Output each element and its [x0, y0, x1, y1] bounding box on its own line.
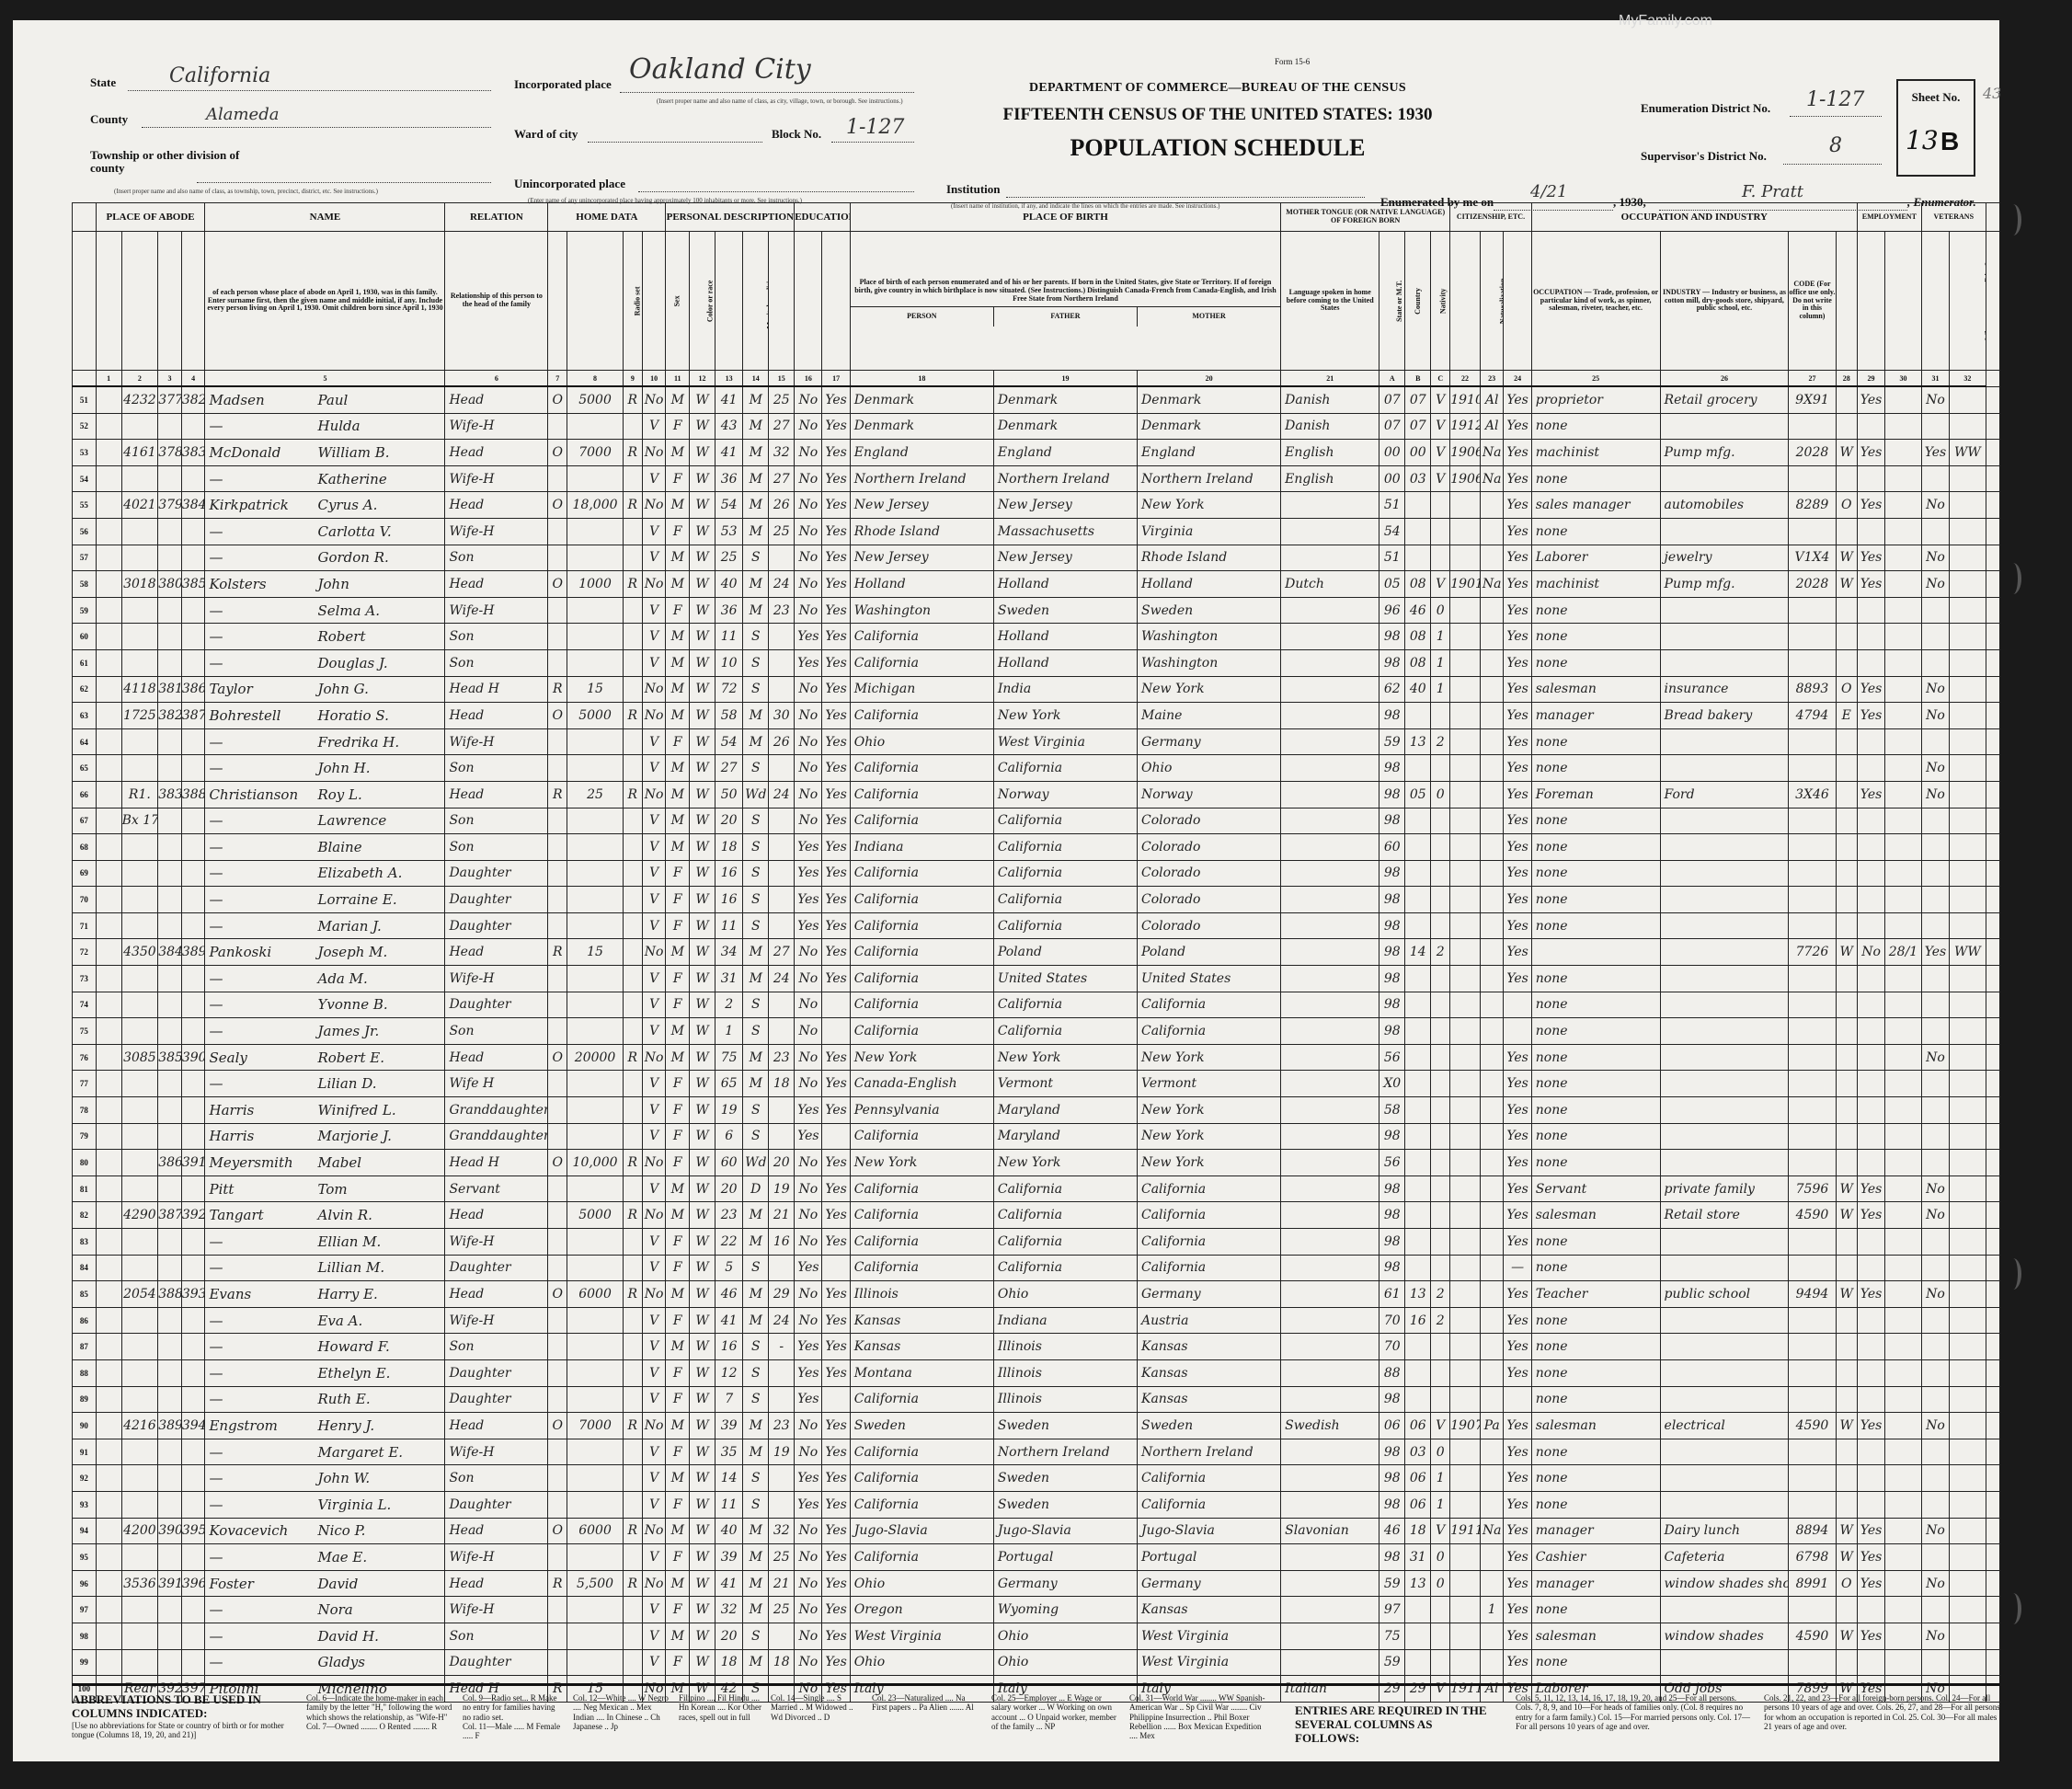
- home-value: 18,000: [567, 492, 624, 519]
- family-number: 394: [181, 1413, 205, 1439]
- street-cell: [96, 808, 121, 834]
- at-work: [1857, 1465, 1884, 1492]
- birthplace-father: California: [993, 860, 1137, 887]
- mother-tongue: [1281, 1018, 1379, 1045]
- relation-cell: Daughter: [445, 1491, 548, 1518]
- speaks-english: Yes: [1504, 545, 1531, 571]
- col9-note: Col. 9—Radio set... R Make no entry for …: [463, 1693, 557, 1722]
- marital-condition: S: [743, 887, 769, 913]
- owned-rented: [548, 1359, 567, 1386]
- marital-condition: M: [743, 1281, 769, 1308]
- family-number: 388: [181, 781, 205, 808]
- naturalization: [1480, 728, 1504, 755]
- sex-cell: F: [666, 1649, 690, 1676]
- code-b: 07: [1405, 386, 1431, 413]
- naturalization: Na: [1480, 465, 1504, 492]
- color-race: W: [690, 1413, 715, 1439]
- binding-hole: [2005, 1593, 2021, 1624]
- code-a: 98: [1379, 992, 1405, 1018]
- age-cell: 36: [715, 597, 743, 624]
- veteran: No: [1921, 571, 1949, 598]
- line-number: 85: [73, 1281, 97, 1308]
- radio-set: [623, 966, 642, 992]
- hdr-age-married: Age at first marriage: [769, 232, 795, 371]
- worker-class: [1836, 860, 1857, 887]
- group-place-of-abode: PLACE OF ABODE: [96, 203, 205, 232]
- code-b: [1405, 834, 1431, 861]
- worker-class: [1836, 624, 1857, 650]
- birthplace-father: Holland: [993, 624, 1137, 650]
- code-b: 46: [1405, 597, 1431, 624]
- radio-set: R: [623, 571, 642, 598]
- farm-flag: V: [642, 912, 666, 939]
- sex-cell: M: [666, 676, 690, 703]
- line-number: 80: [73, 1150, 97, 1176]
- sheet-letter: B: [1940, 127, 1959, 156]
- occupation: none: [1531, 1597, 1660, 1623]
- farm-flag: V: [642, 1386, 666, 1413]
- marital-condition: M: [743, 571, 769, 598]
- veteran: [1921, 887, 1949, 913]
- unemployment-line: [1885, 597, 1922, 624]
- house-number: [121, 545, 158, 571]
- column-number: 18: [850, 371, 993, 387]
- given-name: Cyrus A.: [317, 497, 377, 513]
- at-work: Yes: [1857, 676, 1884, 703]
- occupation-code: 6798: [1789, 1544, 1836, 1571]
- column-number: B: [1405, 371, 1431, 387]
- code-a: 98: [1379, 887, 1405, 913]
- speaks-english: Yes: [1504, 1281, 1531, 1308]
- owned-rented: [548, 1229, 567, 1256]
- read-write: [822, 1018, 850, 1045]
- birthplace-mother: Jugo-Slavia: [1138, 1518, 1281, 1544]
- marital-condition: M: [743, 1413, 769, 1439]
- industry: [1660, 834, 1789, 861]
- industry: [1660, 1386, 1789, 1413]
- worker-class: [1836, 887, 1857, 913]
- sex-cell: F: [666, 1597, 690, 1623]
- marital-condition: S: [743, 649, 769, 676]
- code-c: [1431, 808, 1450, 834]
- dwelling-number: [158, 1334, 182, 1360]
- owned-rented: R: [548, 1570, 567, 1597]
- birthplace-mother: Maine: [1138, 703, 1281, 729]
- speaks-english: Yes: [1504, 755, 1531, 782]
- family-number: [181, 649, 205, 676]
- immigration-year: [1450, 781, 1481, 808]
- at-work: Yes: [1857, 703, 1884, 729]
- home-value: [567, 1386, 624, 1413]
- war: [1950, 1071, 1986, 1097]
- marital-condition: S: [743, 1255, 769, 1281]
- birthplace-mother: Kansas: [1138, 1597, 1281, 1623]
- birthplace-mother: New York: [1138, 1044, 1281, 1071]
- incorporated-note: (Insert proper name and also name of cla…: [657, 97, 903, 105]
- dwelling-number: [158, 1255, 182, 1281]
- color-race: W: [690, 1202, 715, 1229]
- birthplace-mother: Colorado: [1138, 808, 1281, 834]
- marital-condition: M: [743, 1439, 769, 1465]
- speaks-english: Yes: [1504, 1229, 1531, 1256]
- birthplace-father: Sweden: [993, 1465, 1137, 1492]
- birthplace-mother: Kansas: [1138, 1386, 1281, 1413]
- worker-class: [1836, 465, 1857, 492]
- war: [1950, 492, 1986, 519]
- house-number: [121, 1386, 158, 1413]
- name-cell: PankoskiJoseph M.: [205, 939, 445, 966]
- at-work: [1857, 1597, 1884, 1623]
- house-number: [121, 597, 158, 624]
- given-name: John W.: [317, 1470, 370, 1486]
- industry: [1660, 1150, 1789, 1176]
- dwelling-number: [158, 1123, 182, 1150]
- house-number: [121, 1334, 158, 1360]
- radio-set: R: [623, 781, 642, 808]
- hdr-house: House number (in cities or towns): [121, 232, 158, 371]
- hdr-sex: Sex: [666, 232, 690, 371]
- marital-condition: M: [743, 1649, 769, 1676]
- relation-cell: Daughter: [445, 1649, 548, 1676]
- table-row: 763085385390SealyRobert E.HeadO20000RNoM…: [73, 1044, 2012, 1071]
- at-work: [1857, 860, 1884, 887]
- name-cell: —David H.: [205, 1623, 445, 1649]
- house-number: [121, 1465, 158, 1492]
- name-cell: —John W.: [205, 1465, 445, 1492]
- name-cell: KolstersJohn: [205, 571, 445, 598]
- occupation-code: 4590: [1789, 1413, 1836, 1439]
- read-write: Yes: [822, 755, 850, 782]
- house-number: [121, 1307, 158, 1334]
- birthplace-person: New York: [850, 1150, 993, 1176]
- immigration-year: [1450, 1491, 1481, 1518]
- naturalization: [1480, 1307, 1504, 1334]
- war: [1950, 1413, 1986, 1439]
- occupation-code: [1789, 1307, 1836, 1334]
- school-attended: No: [795, 465, 822, 492]
- code-b: [1405, 1018, 1431, 1045]
- age-cell: 54: [715, 728, 743, 755]
- sex-cell: M: [666, 781, 690, 808]
- owned-rented: O: [548, 492, 567, 519]
- relation-cell: Granddaughter: [445, 1097, 548, 1124]
- column-number: 19: [993, 371, 1137, 387]
- group-personal-description: PERSONAL DESCRIPTION: [666, 203, 795, 232]
- sex-cell: M: [666, 834, 690, 861]
- occupation-code: 9494: [1789, 1281, 1836, 1308]
- relation-cell: Wife-H: [445, 1544, 548, 1571]
- age-cell: 40: [715, 571, 743, 598]
- form-number: Form 15-6: [1275, 57, 1310, 66]
- at-work: [1857, 1491, 1884, 1518]
- owned-rented: O: [548, 571, 567, 598]
- home-value: [567, 465, 624, 492]
- at-work: [1857, 1439, 1884, 1465]
- hdr-dwelling: Number of dwelling house in order of vis…: [158, 232, 182, 371]
- incorporated-label: Incorporated place: [514, 77, 612, 92]
- home-value: [567, 887, 624, 913]
- color-race: W: [690, 413, 715, 440]
- hdr-at-work: Whether actually at work yesterday — Yes…: [1857, 232, 1884, 371]
- at-work: Yes: [1857, 545, 1884, 571]
- column-number-row: 123456789101112131415161718192021ABC2223…: [73, 371, 2012, 387]
- read-write: Yes: [822, 1413, 850, 1439]
- birthplace-father: Ohio: [993, 1623, 1137, 1649]
- veteran: No: [1921, 676, 1949, 703]
- street-cell: [96, 887, 121, 913]
- mother-tongue: [1281, 728, 1379, 755]
- farm-flag: V: [642, 1071, 666, 1097]
- code-c: 2: [1431, 1281, 1450, 1308]
- sex-cell: M: [666, 1570, 690, 1597]
- occupation-code: [1789, 1123, 1836, 1150]
- school-attended: Yes: [795, 1123, 822, 1150]
- naturalization: [1480, 492, 1504, 519]
- house-number: [121, 518, 158, 545]
- line-number: 93: [73, 1491, 97, 1518]
- birthplace-father: California: [993, 912, 1137, 939]
- color-race: W: [690, 1386, 715, 1413]
- col12b-note: Filipino .... Fil Hindu .... Hn Korean .…: [679, 1693, 761, 1722]
- street-cell: [96, 545, 121, 571]
- birthplace-mother: California: [1138, 1018, 1281, 1045]
- name-cell: EvansHarry E.: [205, 1281, 445, 1308]
- school-attended: No: [795, 386, 822, 413]
- veteran: [1921, 1229, 1949, 1256]
- industry: [1660, 1597, 1789, 1623]
- radio-set: [623, 1544, 642, 1571]
- ward-line: [588, 142, 762, 143]
- naturalization: [1480, 1175, 1504, 1202]
- group-home-data: HOME DATA: [548, 203, 666, 232]
- birthplace-person: New Jersey: [850, 492, 993, 519]
- marital-condition: M: [743, 440, 769, 466]
- abbrev-block: ABBREVIATIONS TO BE USED IN COLUMNS INDI…: [72, 1693, 302, 1740]
- given-name: Katherine: [317, 471, 386, 487]
- unemployment-line: [1885, 413, 1922, 440]
- birthplace-person: California: [850, 912, 993, 939]
- home-value: [567, 728, 624, 755]
- age-first-marriage: [769, 808, 795, 834]
- dwelling-number: 391: [158, 1570, 182, 1597]
- mother-tongue: [1281, 1597, 1379, 1623]
- industry: [1660, 912, 1789, 939]
- street-cell: [96, 597, 121, 624]
- occupation: none: [1531, 912, 1660, 939]
- county-value: Alameda: [206, 105, 279, 124]
- code-a: 98: [1379, 1018, 1405, 1045]
- occupation-code: 8991: [1789, 1570, 1836, 1597]
- age-first-marriage: [769, 624, 795, 650]
- enum-district-label: Enumeration District No.: [1641, 101, 1770, 116]
- street-cell: [96, 413, 121, 440]
- home-value: [567, 597, 624, 624]
- veteran: [1921, 1649, 1949, 1676]
- read-write: Yes: [822, 1281, 850, 1308]
- unemployment-line: [1885, 728, 1922, 755]
- farm-flag: V: [642, 1307, 666, 1334]
- unemployment-line: [1885, 1623, 1922, 1649]
- code-c: [1431, 545, 1450, 571]
- age-first-marriage: 24: [769, 781, 795, 808]
- code-a: 96: [1379, 597, 1405, 624]
- mother-tongue: [1281, 1491, 1379, 1518]
- speaks-english: Yes: [1504, 465, 1531, 492]
- age-cell: 18: [715, 834, 743, 861]
- binding-hole: [2005, 204, 2021, 235]
- age-cell: 14: [715, 1465, 743, 1492]
- marital-condition: S: [743, 1386, 769, 1413]
- street-cell: [96, 1597, 121, 1623]
- school-attended: No: [795, 1044, 822, 1071]
- farm-flag: No: [642, 781, 666, 808]
- birthplace-mother: New York: [1138, 492, 1281, 519]
- street-cell: [96, 939, 121, 966]
- worker-class: O: [1836, 676, 1857, 703]
- birthplace-person: Illinois: [850, 1281, 993, 1308]
- code-b: 16: [1405, 1307, 1431, 1334]
- farm-flag: V: [642, 649, 666, 676]
- occupation: none: [1531, 1649, 1660, 1676]
- dwelling-number: [158, 1491, 182, 1518]
- immigration-year: [1450, 1386, 1481, 1413]
- at-work: [1857, 1307, 1884, 1334]
- naturalization: [1480, 887, 1504, 913]
- name-cell: HarrisWinifred L.: [205, 1097, 445, 1124]
- occupation-code: [1789, 834, 1836, 861]
- relation-cell: Son: [445, 624, 548, 650]
- age-cell: 35: [715, 1439, 743, 1465]
- immigration-year: [1450, 492, 1481, 519]
- immigration-year: 1912: [1450, 413, 1481, 440]
- unemployment-line: [1885, 492, 1922, 519]
- industry: [1660, 1071, 1789, 1097]
- sex-cell: M: [666, 1518, 690, 1544]
- industry: [1660, 413, 1789, 440]
- surname: —: [209, 1628, 317, 1645]
- war: [1950, 1044, 1986, 1071]
- read-write: Yes: [822, 1649, 850, 1676]
- age-cell: 58: [715, 703, 743, 729]
- birthplace-mother: Colorado: [1138, 912, 1281, 939]
- block-label: Block No.: [772, 127, 821, 142]
- surname: Kirkpatrick: [209, 497, 317, 513]
- color-race: W: [690, 1649, 715, 1676]
- mother-tongue: [1281, 1123, 1379, 1150]
- surname: —: [209, 602, 317, 619]
- surname: McDonald: [209, 444, 317, 461]
- speaks-english: Yes: [1504, 1570, 1531, 1597]
- surname: —: [209, 1075, 317, 1092]
- read-write: Yes: [822, 808, 850, 834]
- column-number: 20: [1138, 371, 1281, 387]
- immigration-year: 1910: [1450, 386, 1481, 413]
- family-number: 395: [181, 1518, 205, 1544]
- birthplace-person: Pennsylvania: [850, 1097, 993, 1124]
- given-name: Gladys: [317, 1654, 365, 1670]
- veteran: No: [1921, 1281, 1949, 1308]
- industry: [1660, 1334, 1789, 1360]
- birthplace-person: Ohio: [850, 728, 993, 755]
- house-number: [121, 1359, 158, 1386]
- owned-rented: [548, 1123, 567, 1150]
- birthplace-mother: California: [1138, 1255, 1281, 1281]
- county-label: County: [90, 112, 128, 127]
- war: [1950, 597, 1986, 624]
- dwelling-number: 384: [158, 939, 182, 966]
- school-attended: Yes: [795, 912, 822, 939]
- war: [1950, 1097, 1986, 1124]
- occupation: none: [1531, 624, 1660, 650]
- age-first-marriage: 25: [769, 1597, 795, 1623]
- line-number: 55: [73, 492, 97, 519]
- mother-tongue: [1281, 1570, 1379, 1597]
- speaks-english: Yes: [1504, 1175, 1531, 1202]
- line-number: 75: [73, 1018, 97, 1045]
- unemployment-line: [1885, 1018, 1922, 1045]
- owned-rented: [548, 728, 567, 755]
- house-number: [121, 1175, 158, 1202]
- birthplace-mother: Austria: [1138, 1307, 1281, 1334]
- occupation: none: [1531, 860, 1660, 887]
- owned-rented: [548, 1071, 567, 1097]
- age-first-marriage: [769, 834, 795, 861]
- naturalization: [1480, 1281, 1504, 1308]
- relation-cell: Head H: [445, 676, 548, 703]
- owned-rented: [548, 808, 567, 834]
- sex-cell: F: [666, 1491, 690, 1518]
- occupation-code: [1789, 1649, 1836, 1676]
- col23-note: Col. 23—Naturalized .... Na First papers…: [872, 1693, 982, 1713]
- radio-set: [623, 860, 642, 887]
- worker-class: [1836, 413, 1857, 440]
- dwelling-number: 381: [158, 676, 182, 703]
- color-race: W: [690, 1255, 715, 1281]
- family-number: [181, 1597, 205, 1623]
- home-value: 6000: [567, 1518, 624, 1544]
- column-number: 14: [743, 371, 769, 387]
- industry: automobiles: [1660, 492, 1789, 519]
- home-value: 5000: [567, 703, 624, 729]
- home-value: [567, 1255, 624, 1281]
- surname: —: [209, 760, 317, 776]
- hdr-code-a: State or M.T.: [1379, 232, 1405, 371]
- age-cell: 5: [715, 1255, 743, 1281]
- code-c: [1431, 1229, 1450, 1256]
- school-attended: No: [795, 1544, 822, 1571]
- table-row: 65—John H.SonVMW27SNoYesCaliforniaCalifo…: [73, 755, 2012, 782]
- age-first-marriage: 16: [769, 1229, 795, 1256]
- code-b: [1405, 1386, 1431, 1413]
- industry: Pump mfg.: [1660, 571, 1789, 598]
- sex-cell: F: [666, 728, 690, 755]
- table-row: 75—James Jr.SonVMW1SNoCaliforniaCaliforn…: [73, 1018, 2012, 1045]
- dwelling-number: [158, 1018, 182, 1045]
- at-work: [1857, 1150, 1884, 1176]
- unemployment-line: [1885, 703, 1922, 729]
- immigration-year: [1450, 1044, 1481, 1071]
- relation-cell: Head: [445, 571, 548, 598]
- occupation-code: [1789, 1359, 1836, 1386]
- birthplace-person: Rhode Island: [850, 518, 993, 545]
- family-number: [181, 1386, 205, 1413]
- table-row: 88—Ethelyn E.DaughterVFW12SYesYesMontana…: [73, 1359, 2012, 1386]
- occupation: none: [1531, 992, 1660, 1018]
- home-value: [567, 1097, 624, 1124]
- radio-set: R: [623, 703, 642, 729]
- marital-condition: M: [743, 1597, 769, 1623]
- code-b: [1405, 703, 1431, 729]
